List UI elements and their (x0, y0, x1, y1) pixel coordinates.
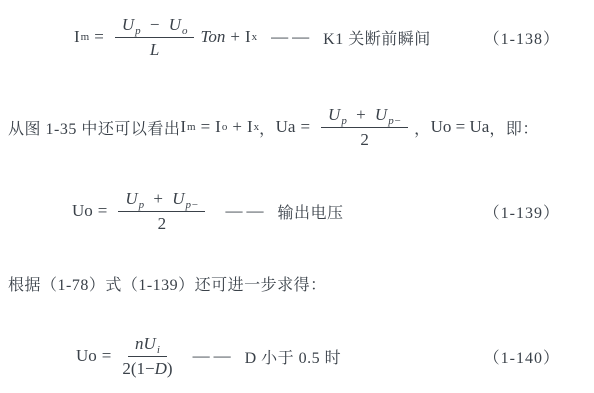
paragraph-text-pre: 从图 1-35 中还可以看出 (8, 116, 180, 139)
equals-sign: = (300, 117, 310, 137)
equation-138-formula: Im = Up − Uo L Ton + Ix (74, 14, 257, 60)
document-page: Im = Up − Uo L Ton + Ix —— K1 关断前瞬间 （1-1… (0, 0, 594, 393)
up-subscript: p (139, 199, 145, 211)
ua-symbol: Ua (276, 117, 296, 137)
up-minus-subscript: p− (186, 199, 199, 211)
inline-ua-equation: Ua = Up + Up− 2 (276, 104, 415, 150)
uo-equals-ua: Uo = Ua (431, 117, 490, 137)
equation-140-formula: Uo = nUi 2(1−D) (76, 333, 179, 379)
up-subscript: p (135, 25, 141, 37)
ui-symbol: U (144, 334, 156, 353)
equation-label: 输出电压 (277, 200, 343, 223)
fraction: Up + Up− 2 (321, 104, 408, 150)
equation-number: （1-138） (484, 26, 560, 49)
comma: ， (489, 116, 506, 139)
n-symbol: n (135, 334, 144, 353)
up-symbol: U (122, 15, 134, 34)
paragraph-text-tail: 即： (506, 116, 539, 139)
fraction: Up − Uo L (115, 14, 195, 60)
equation-number: （1-139） (484, 200, 560, 223)
up-minus-symbol: U (375, 105, 387, 124)
dash-separator: —— (193, 346, 235, 366)
comma: ， (414, 116, 431, 139)
comma: ， (259, 116, 276, 139)
equals-sign: = (94, 27, 104, 47)
duty-cycle-symbol: D (155, 359, 167, 378)
fraction: Up + Up− 2 (118, 188, 205, 234)
paragraph-derivation: 根据（1-78）式（1-139）还可进一步求得： (0, 270, 594, 296)
ton-symbol: Ton (200, 27, 225, 47)
numerator: Up − Uo (115, 14, 195, 37)
ui-subscript: i (157, 344, 160, 356)
plus-sign: + (356, 105, 366, 124)
up-minus-subscript: p− (388, 115, 401, 127)
equation-label: D 小于 0.5 时 (245, 345, 342, 368)
dash-separator: —— (271, 27, 313, 47)
numerator: Up + Up− (321, 104, 408, 127)
uo-symbol: Uo (72, 201, 93, 221)
numerator: nUi (128, 333, 167, 356)
denominator: 2 (158, 212, 167, 234)
io-symbol: I (215, 117, 221, 137)
denominator: L (150, 38, 159, 60)
ix-symbol: I (247, 117, 253, 137)
fraction: nUi 2(1−D) (122, 333, 172, 379)
equation-139-formula: Uo = Up + Up− 2 (72, 188, 211, 234)
inline-im-equation: Im = Io + Ix (180, 117, 259, 137)
equation-138-row: Im = Up − Uo L Ton + Ix —— K1 关断前瞬间 （1-1… (0, 6, 594, 68)
uo-symbol: U (169, 15, 181, 34)
equals-sign: = (201, 117, 211, 137)
uo-symbol: Uo (76, 346, 97, 366)
ix-symbol: I (245, 27, 251, 47)
den-close: ) (167, 359, 173, 378)
equation-139-row: Uo = Up + Up− 2 —— 输出电压 （1-139） (0, 178, 594, 244)
equation-number: （1-140） (484, 345, 560, 368)
im-symbol: I (180, 117, 186, 137)
plus-sign: + (232, 117, 242, 137)
current-im-symbol: I (74, 27, 80, 47)
minus-sign: − (150, 15, 160, 34)
plus-sign: + (230, 27, 240, 47)
equals-sign: = (98, 201, 108, 221)
paragraph-text: 根据（1-78）式（1-139）还可进一步求得： (8, 272, 327, 295)
up-subscript: p (341, 115, 347, 127)
denominator: 2 (360, 128, 369, 150)
plus-sign: + (153, 189, 163, 208)
up-minus-symbol: U (172, 189, 184, 208)
equation-140-row: Uo = nUi 2(1−D) —— D 小于 0.5 时 （1-140） (0, 324, 594, 388)
den-prefix: 2(1− (122, 359, 154, 378)
equation-label: K1 关断前瞬间 (323, 26, 431, 49)
numerator: Up + Up− (118, 188, 205, 211)
equals-sign: = (102, 346, 112, 366)
uo-subscript: o (182, 25, 188, 37)
up-symbol: U (328, 105, 340, 124)
up-symbol: U (125, 189, 137, 208)
paragraph-intro: 从图 1-35 中还可以看出 Im = Io + Ix ， Ua = Up + … (0, 96, 594, 158)
denominator: 2(1−D) (122, 357, 172, 379)
dash-separator: —— (225, 201, 267, 221)
